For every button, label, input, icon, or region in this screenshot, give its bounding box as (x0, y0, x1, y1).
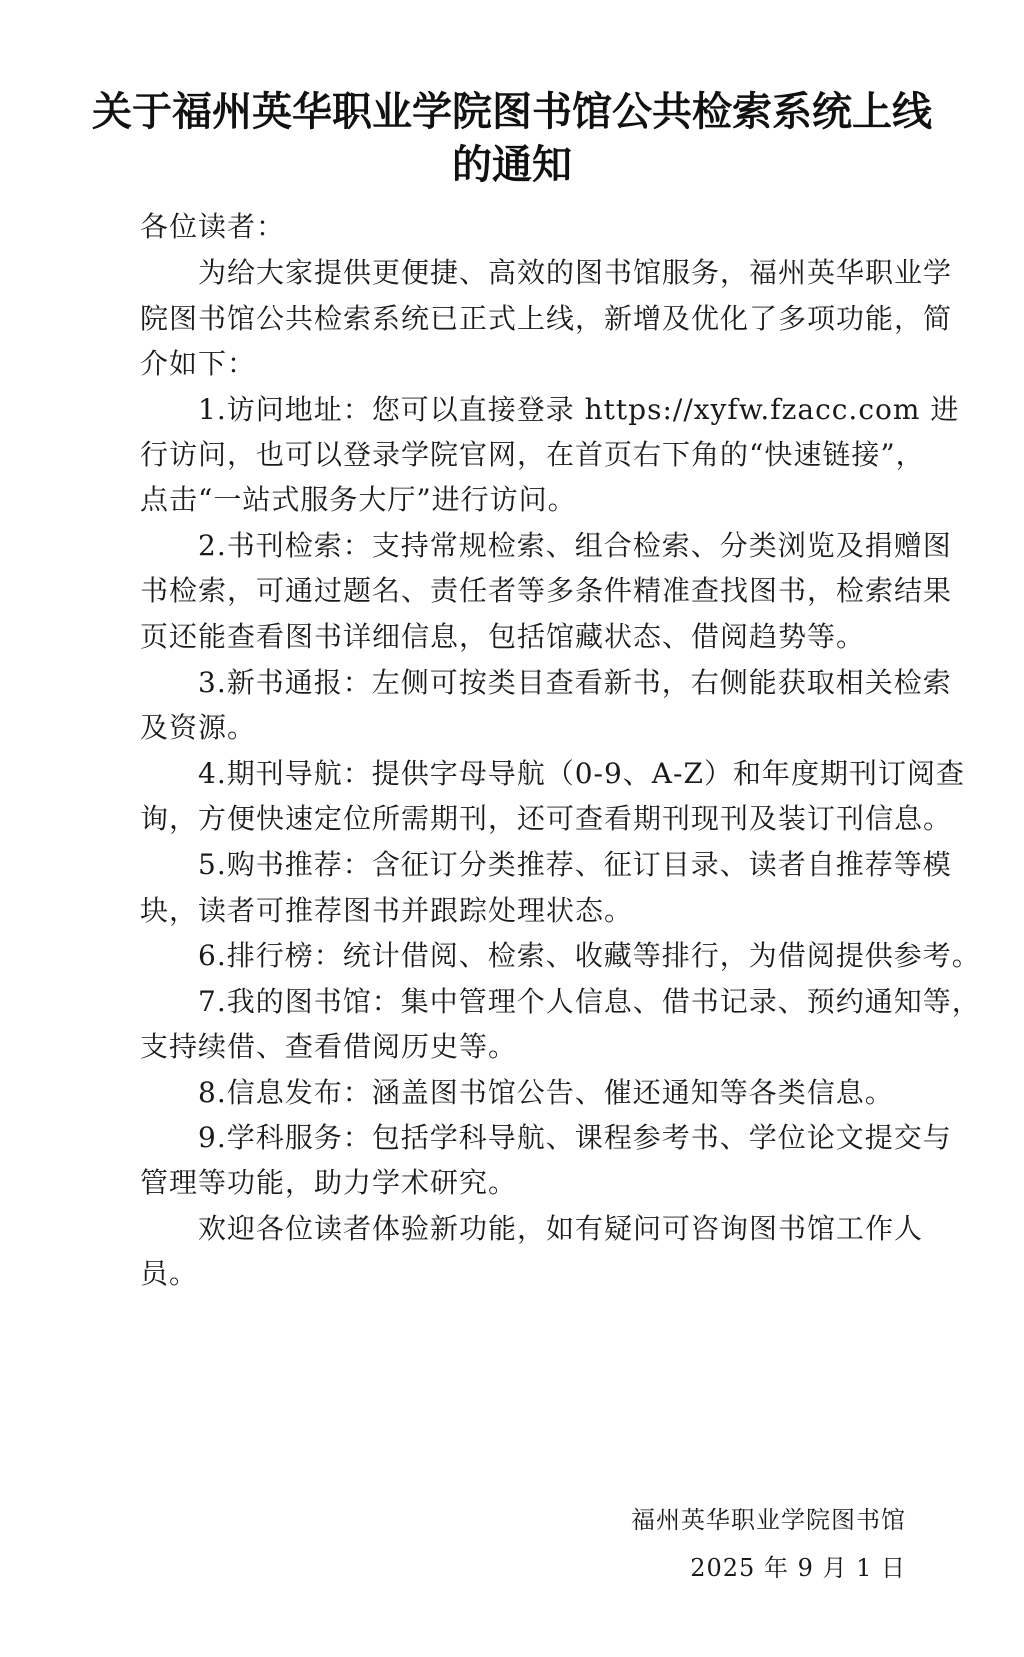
text-line: 支持续借、查看借阅历史等。 (140, 1025, 910, 1065)
text-line: 院图书馆公共检索系统已正式上线，新增及优化了多项功能，简 (140, 297, 910, 337)
text-line: 管理等功能，助力学术研究。 (140, 1161, 910, 1201)
text-line: 询，方便快速定位所需期刊，还可查看期刊现刊及装订刊信息。 (140, 797, 910, 837)
text-line: 5.购书推荐：含征订分类推荐、征订目录、读者自推荐等模 (140, 843, 910, 883)
text-line: 1.访问地址：您可以直接登录 https://xyfw.fzacc.com 进 (140, 388, 910, 428)
text-line: 点击“一站式服务大厅”进行访问。 (140, 478, 910, 518)
signature-organization: 福州英华职业学院图书馆 (631, 1500, 906, 1535)
notice-title-line-2: 的通知 (0, 133, 1024, 190)
text-line: 欢迎各位读者体验新功能，如有疑问可咨询图书馆工作人 (140, 1207, 910, 1247)
text-line: 为给大家提供更便捷、高效的图书馆服务，福州英华职业学 (140, 251, 910, 291)
text-line: 9.学科服务：包括学科导航、课程参考书、学位论文提交与 (140, 1116, 910, 1156)
text-line: 7.我的图书馆：集中管理个人信息、借书记录、预约通知等， (140, 980, 910, 1020)
text-line: 书检索，可通过题名、责任者等多条件精准查找图书，检索结果 (140, 569, 910, 609)
salutation: 各位读者： (140, 205, 910, 245)
signature-date: 2025 年 9 月 1 日 (690, 1548, 906, 1583)
text-line: 及资源。 (140, 706, 910, 746)
text-line: 块，读者可推荐图书并跟踪处理状态。 (140, 889, 910, 929)
text-line: 页还能查看图书详细信息，包括馆藏状态、借阅趋势等。 (140, 615, 910, 655)
notice-title-line-1: 关于福州英华职业学院图书馆公共检索系统上线 (0, 80, 1024, 137)
text-line: 2.书刊检索：支持常规检索、组合检索、分类浏览及捐赠图 (140, 524, 910, 564)
text-line: 8.信息发布：涵盖图书馆公告、催还通知等各类信息。 (140, 1071, 910, 1111)
text-line: 4.期刊导航：提供字母导航（0-9、A-Z）和年度期刊订阅查 (140, 752, 910, 792)
text-line: 行访问，也可以登录学院官网，在首页右下角的“快速链接”， (140, 433, 910, 473)
text-line: 介如下： (140, 342, 910, 382)
text-line: 6.排行榜：统计借阅、检索、收藏等排行，为借阅提供参考。 (140, 934, 910, 974)
text-line: 员。 (140, 1252, 910, 1292)
text-line: 3.新书通报：左侧可按类目查看新书，右侧能获取相关检索 (140, 661, 910, 701)
